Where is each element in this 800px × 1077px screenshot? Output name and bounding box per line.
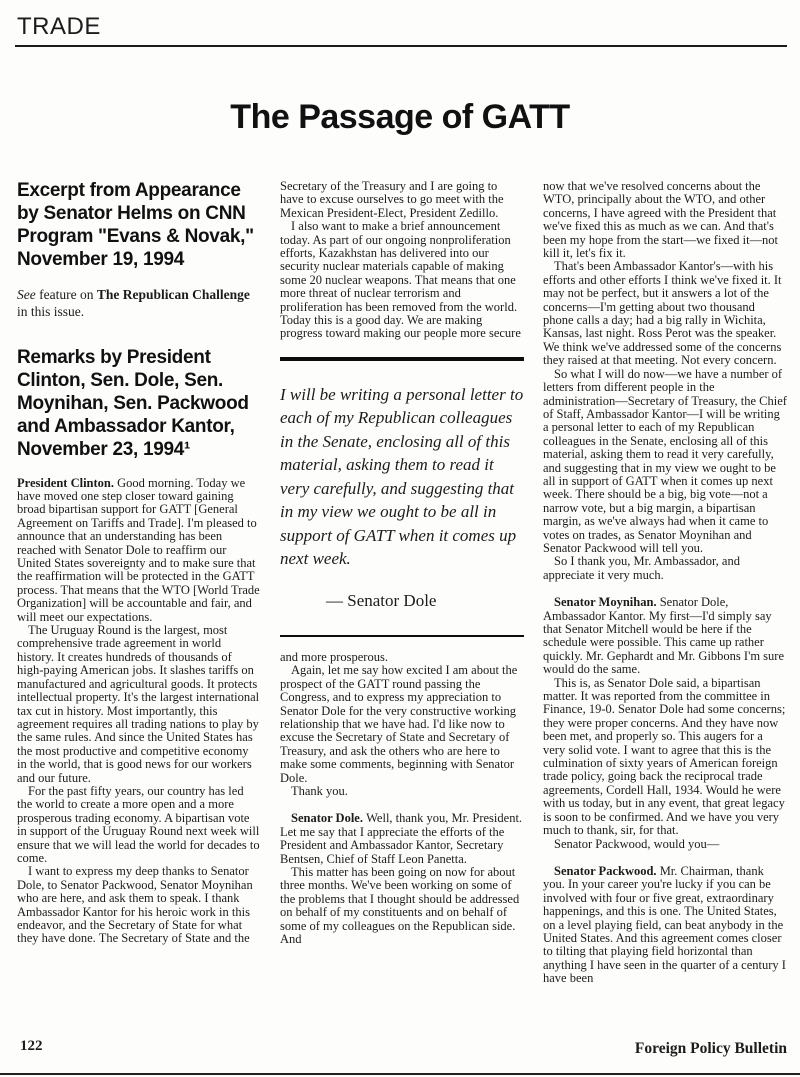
body-paragraph: The Uruguay Round is the largest, most c… bbox=[17, 624, 261, 785]
speaker-name: Senator Packwood. bbox=[554, 864, 660, 878]
speaker-name: President Clinton. bbox=[17, 476, 117, 490]
body-paragraph: I also want to make a brief announcement… bbox=[280, 220, 524, 341]
note-part: See bbox=[17, 287, 39, 302]
body-paragraph: So what I will do now—we have a number o… bbox=[543, 368, 787, 556]
journal-name: Foreign Policy Bulletin bbox=[635, 1040, 787, 1058]
body-paragraph: This is, as Senator Dole said, a biparti… bbox=[543, 677, 787, 838]
body-paragraph: Senator Packwood. Mr. Chairman, thank yo… bbox=[543, 865, 787, 986]
article-title: The Passage of GATT bbox=[0, 98, 800, 137]
body-paragraph: This matter has been going on now for ab… bbox=[280, 866, 524, 946]
body-paragraph: Again, let me say how excited I am about… bbox=[280, 664, 524, 785]
subsection-heading: Remarks by President Clinton, Sen. Dole,… bbox=[17, 347, 261, 462]
body-paragraph: President Clinton. Good morning. Today w… bbox=[17, 477, 261, 624]
note-part: feature on bbox=[39, 287, 97, 302]
subsection-heading: Excerpt from Appearance by Senator Helms… bbox=[17, 180, 261, 272]
body-paragraph: I want to express my deep thanks to Sena… bbox=[17, 865, 261, 945]
page-bottom-edge bbox=[0, 1073, 800, 1075]
pull-quote: I will be writing a personal letter to e… bbox=[280, 357, 524, 637]
kicker-rule bbox=[15, 45, 787, 47]
page-number: 122 bbox=[20, 1038, 43, 1055]
body-paragraph: Thank you. bbox=[280, 785, 524, 798]
note-part: in this issue. bbox=[17, 304, 84, 319]
article-columns: Excerpt from Appearance by Senator Helms… bbox=[17, 180, 787, 986]
column-left: Excerpt from Appearance by Senator Helms… bbox=[17, 180, 261, 986]
body-paragraph: So I thank you, Mr. Ambassador, and appr… bbox=[543, 555, 787, 582]
speaker-name: Senator Moynihan. bbox=[554, 595, 660, 609]
body-paragraph: now that we've resolved concerns about t… bbox=[543, 180, 787, 260]
speaker-name: Senator Dole. bbox=[291, 811, 366, 825]
body-paragraph: and more prosperous. bbox=[280, 651, 524, 664]
body-paragraph: Secretary of the Treasury and I are goin… bbox=[280, 180, 524, 220]
body-paragraph: Senator Dole. Well, thank you, Mr. Presi… bbox=[280, 812, 524, 866]
pull-quote-text: I will be writing a personal letter to e… bbox=[280, 383, 524, 571]
body-paragraph: For the past fifty years, our country ha… bbox=[17, 785, 261, 865]
column-middle: Secretary of the Treasury and I are goin… bbox=[280, 180, 524, 986]
body-paragraph: That's been Ambassador Kantor's—with his… bbox=[543, 260, 787, 367]
column-right: now that we've resolved concerns about t… bbox=[543, 180, 787, 986]
body-paragraph: Senator Moynihan. Senator Dole, Ambassad… bbox=[543, 596, 787, 676]
pull-quote-attribution: — Senator Dole bbox=[280, 591, 524, 611]
cross-reference-note: See feature on The Republican Challenge … bbox=[17, 287, 261, 321]
section-kicker: TRADE bbox=[17, 13, 101, 41]
note-part: The Republican Challenge bbox=[97, 287, 250, 302]
body-paragraph: Senator Packwood, would you— bbox=[543, 838, 787, 851]
